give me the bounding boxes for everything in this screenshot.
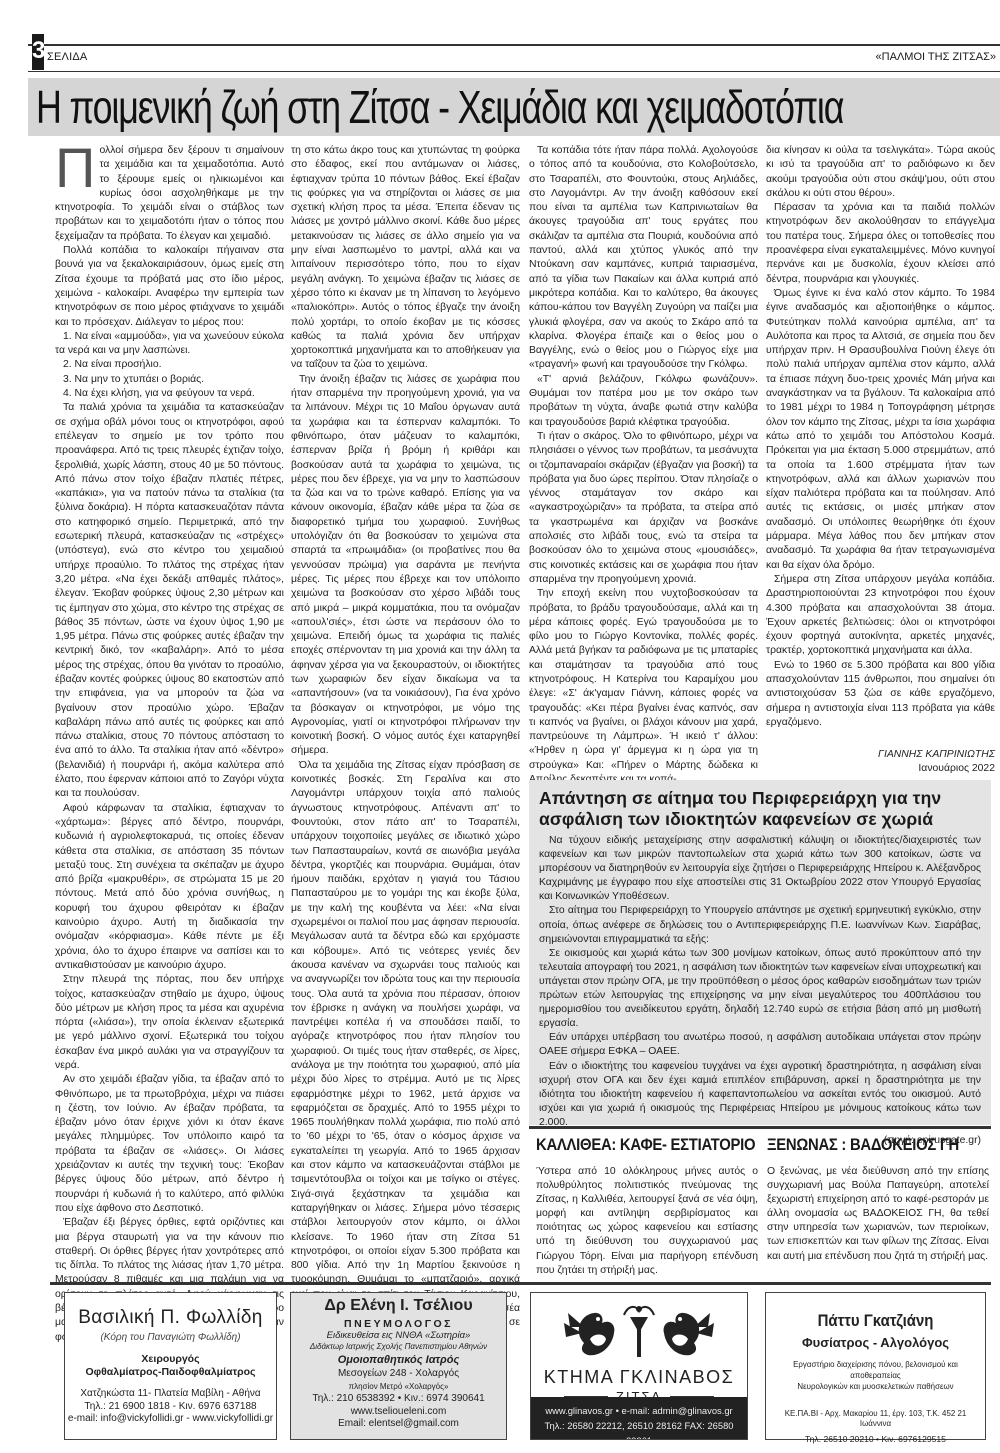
article-column-2: τη στο κάτω άκρο τους και χτυπώντας τη φ…	[291, 144, 520, 1345]
page-header-bar	[28, 44, 1000, 72]
ad-description-line: Εργαστήριο διαχείρισης πόνου, βελονισμού…	[775, 1359, 976, 1381]
ad-name: Δρ Ελένη Ι. Τσέλιου	[291, 1297, 506, 1315]
article-paragraph: Στο αίτημα του Περιφερειάρχη το Υπουργεί…	[539, 904, 981, 946]
list-item: 1. Να είναι «αμμούδα», για να χωνεύουν ε…	[55, 330, 284, 359]
page-label: ΣΕΛΙΔΑ	[47, 51, 87, 63]
article-paragraph: Την εποχή εκείνη που νυχτοβοσκούσαν τα π…	[529, 587, 758, 787]
main-headline: Η ποιμενική ζωή στη Ζίτσα - Χειμάδια και…	[36, 80, 843, 134]
list-item: 2. Να είναι προσήλιο.	[55, 358, 284, 372]
article-paragraph: Όμως έγινε κι ένα καλό στον κάμπο. Το 19…	[766, 287, 995, 573]
ad-specialty: Φυσίατρος - Αλγολόγος	[766, 1335, 985, 1350]
ad-web: e-mail: info@vickyfollidi.gr - www.vicky…	[65, 1413, 276, 1426]
insurance-article-body: Να τύχουν ειδικής μεταχείρισης στην ασφα…	[539, 834, 981, 1148]
article-paragraph: Πολλά κοπάδια το καλοκαίρι πήγαιναν στα …	[55, 244, 284, 330]
ad-contact-footer: www.glinavos.gr • e-mail: admin@glinavos…	[531, 1397, 747, 1439]
article-date: Ιανουάριος 2022	[766, 762, 995, 776]
ad-address: Χατζηκώστα 11- Πλατεία Μαβίλη - Αθήνα	[65, 1388, 276, 1401]
article-column-4: δια κίνησαν κι ούλα τα τσελιγκάτα». Τώρα…	[766, 144, 995, 784]
article-column-3: Τα κοπάδια τότε ήταν πάρα πολλά. Αχολογο…	[529, 144, 758, 779]
ad-gkatziani: Πάττυ Γκατζιάνη Φυσίατρος - Αλγολόγος Ερ…	[765, 1292, 986, 1440]
article-paragraph: «Τ' αρνιά βελάζουν, Γκόλφω φωνάζουν». Θυ…	[529, 373, 758, 430]
page-number: 3	[32, 34, 44, 70]
ad-address-note: πλησίον Μετρό «Χολαργός»	[291, 1381, 506, 1394]
author-byline: ΓΙΑΝΝΗΣ ΚΑΠΡΙΝΙΩΤΗΣ	[766, 748, 995, 762]
ad-description: Εργαστήριο διαχείρισης πόνου, βελονισμού…	[775, 1359, 976, 1392]
short-news-body: Ύστερα από 10 ολόκληρους μήνες αυτός ο π…	[536, 1165, 758, 1278]
ad-specialty: ΠΝΕΥΜΟΛΟΓΟΣ	[291, 1318, 506, 1330]
ad-phone: Τηλ. 26510 20210 • Κιν. 6976129515	[766, 1434, 985, 1444]
ad-address: ΚΕ.ΠΑ.ΒΙ - Αρχ. Μακαρίου 11, έργ. 103, Τ…	[775, 1408, 976, 1428]
ad-role-line: Οφθαλμίατρος-Παιδοφθαλμίατρος	[65, 1366, 276, 1379]
newspaper-name: «ΠΑΛΜΟΙ ΤΗΣ ΖΙΤΣΑΣ»	[876, 51, 996, 63]
article-paragraph: Πολλοί σήμερα δεν ξέρουν τι σημαίνουν τα…	[55, 144, 284, 244]
ad-credential: Ειδικευθείσα εις ΝΝΘΑ «Σωτηρία»	[291, 1330, 506, 1342]
ad-credential: Διδάκτωρ Ιατρικής Σχολής Πανεπιστημίου Α…	[291, 1342, 506, 1351]
list-item: 3. Να μην το χτυπάει ο βοριάς.	[55, 373, 284, 387]
article-paragraph: δια κίνησαν κι ούλα τα τσελιγκάτα». Τώρα…	[766, 144, 995, 201]
ad-tseliou: Δρ Ελένη Ι. Τσέλιου ΠΝΕΥΜΟΛΟΓΟΣ Ειδικευθ…	[290, 1292, 507, 1440]
article-paragraph: τη στο κάτω άκρο τους και χτυπώντας τη φ…	[291, 144, 520, 373]
ad-role: Χειρουργός Οφθαλμίατρος-Παιδοφθαλμίατρος	[65, 1353, 276, 1379]
short-news-xenonas: ΞΕΝΩΝΑΣ : ΒΑΔΟΚΕΙΟΣ ΓΗ Ο ξενώνας, με νέα…	[767, 1136, 989, 1264]
ad-name: ΚΤΗΜΑ ΓΚΛΙΝΑΒΟΣ	[531, 1367, 747, 1388]
article-paragraph: Εάν υπάρχει υπέρβαση του ανωτέρω ποσού, …	[539, 1031, 981, 1059]
article-paragraph: Τα παλιά χρόνια τα χειμάδια τα κατασκεύα…	[55, 401, 284, 801]
ad-contact: Μεσογείων 248 - Χολαργός πλησίον Μετρό «…	[291, 1368, 506, 1431]
ad-name: Βασιλική Π. Φωλλίδη	[65, 1307, 276, 1329]
article-paragraph: Τα κοπάδια τότε ήταν πάρα πολλά. Αχολογο…	[529, 144, 758, 373]
ad-role: Ομοιοπαθητικός Ιατρός	[291, 1354, 506, 1366]
article-paragraph: Αφού κάρφωναν τα σταλίκια, έφτιαχναν το …	[55, 802, 284, 974]
list-item: 4. Να έχει κλήση, για να φεύγουν τα νερά…	[55, 387, 284, 401]
article-paragraph: Σε οικισμούς και χωριά κάτω των 300 μονί…	[539, 947, 981, 1032]
article-paragraph: Την άνοιξη έβαζαν τις λιάσες σε χωράφια …	[291, 373, 520, 759]
ad-web: www.glinavos.gr • e-mail: admin@glinavos…	[531, 1403, 747, 1418]
ad-role-line: Χειρουργός	[65, 1353, 276, 1366]
ad-contact: Χατζηκώστα 11- Πλατεία Μαβίλη - Αθήνα Τη…	[65, 1388, 276, 1426]
article-paragraph: Στην πλευρά της πόρτας, που δεν υπήρχε τ…	[55, 973, 284, 1073]
ad-address: Μεσογείων 248 - Χολαργός	[291, 1368, 506, 1381]
ad-subtitle: (Κόρη του Παναγιώτη Φωλλίδη)	[65, 1332, 276, 1343]
article-paragraph: Εάν ο ιδιοκτήτης του καφενείου τυγχάνει …	[539, 1060, 981, 1130]
article-paragraph: Πέρασαν τα χρόνια και τα παιδιά πολλών κ…	[766, 201, 995, 287]
ads-divider	[50, 1282, 991, 1285]
peacock-logo-icon	[531, 1293, 747, 1365]
short-news-title: ΞΕΝΩΝΑΣ : ΒΑΔΟΚΕΙΟΣ ΓΗ	[767, 1136, 967, 1155]
short-news-kallithea: ΚΑΛΛΙΘΕΑ: ΚΑΦΕ- ΕΣΤΙΑΤΟΡΙΟ Ύστερα από 10…	[536, 1136, 758, 1278]
ad-phone: Τηλ.: 21 6900 1818 - Κιν. 6976 637188	[65, 1401, 276, 1414]
ad-name: Πάττυ Γκατζιάνη	[779, 1311, 972, 1331]
drop-cap: Π	[55, 146, 95, 190]
article-paragraph: Σήμερα στη Ζίτσα υπάρχουν μεγάλα κοπάδια…	[766, 573, 995, 659]
short-news-title: ΚΑΛΛΙΘΕΑ: ΚΑΦΕ- ΕΣΤΙΑΤΟΡΙΟ	[536, 1136, 736, 1155]
article-paragraph: Αν στο χειμάδι έβαζαν γίδια, τα έβαζαν α…	[55, 1073, 284, 1216]
ad-description-line: Νευρολογικών και μυοσκελετικών παθήσεων	[775, 1381, 976, 1392]
ad-phone: Τηλ.: 26580 22212, 26510 28162 FAX: 2658…	[531, 1418, 747, 1440]
article-paragraph: Ενώ το 1960 σε 5.300 πρόβατα και 800 γίδ…	[766, 659, 995, 730]
ad-email: Email: elentsel@gmail.com	[291, 1418, 506, 1431]
insurance-article-box: Απάντηση σε αίτημα του Περιφερειάρχη για…	[529, 780, 991, 1125]
ad-phone: Τηλ.: 210 6538392 • Κιν.: 6974 390641	[291, 1393, 506, 1406]
article-column-1: Πολλοί σήμερα δεν ξέρουν τι σημαίνουν τα…	[55, 144, 284, 1345]
section-divider	[529, 1126, 991, 1129]
article-paragraph: Τι ήταν ο σκάρος. Όλο το φθινόπωρο, μέχρ…	[529, 430, 758, 587]
ad-web: www.tselioueleni.com	[291, 1406, 506, 1419]
ad-follidi: Βασιλική Π. Φωλλίδη (Κόρη του Παναγιώτη …	[64, 1292, 277, 1440]
ad-glinavos: ΚΤΗΜΑ ΓΚΛΙΝΑΒΟΣ ΖΙΤΣΑ www.glinavos.gr • …	[530, 1292, 748, 1440]
short-news-body: Ο ξενώνας, με νέα διεύθυνση από την επίσ…	[767, 1165, 989, 1264]
insurance-article-title: Απάντηση σε αίτημα του Περιφερειάρχη για…	[539, 788, 981, 830]
article-paragraph: Όλα τα χειμάδια της Ζίτσας είχαν πρόσβασ…	[291, 759, 520, 1345]
article-paragraph: Να τύχουν ειδικής μεταχείρισης στην ασφα…	[539, 834, 981, 904]
